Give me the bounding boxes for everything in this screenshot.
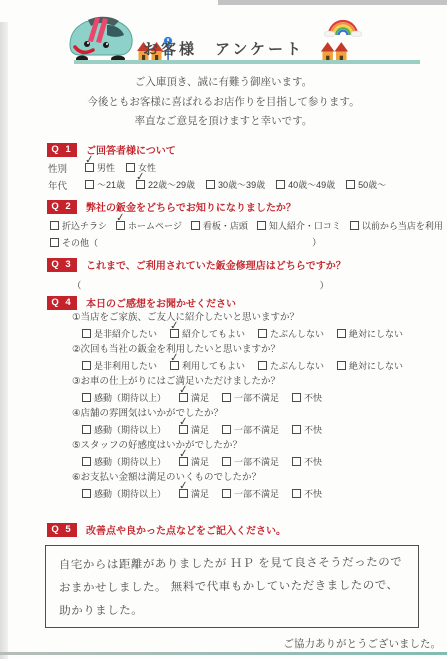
checkbox-icon[interactable] — [191, 221, 200, 230]
handwriting-line: 自宅からは距離がありましたが ＨＰ を見て良さそうだったので — [59, 551, 412, 577]
intro-line: 今後ともお客様に喜ばれるお店作りを目指して参ります。 — [0, 93, 447, 113]
q3-answer-row: （ ） — [72, 278, 447, 292]
checkbox-icon[interactable] — [126, 163, 135, 172]
q4-title: 本日のご感想をお聞かせください — [86, 295, 236, 310]
checkbox-icon[interactable] — [292, 425, 301, 434]
checkbox-option[interactable]: 不快 — [292, 423, 322, 436]
page-title: お客様 アンケート — [0, 38, 447, 59]
question-1: Q 1 ご回答者様について 性別 ✓男性女性 年代 ～21歳✓22歳～29歳30… — [0, 142, 447, 191]
checked-checkbox-icon[interactable]: ✓ — [179, 457, 188, 466]
q5-title: 改善点や良かった点などをご記入ください。 — [86, 522, 286, 537]
checkbox-option[interactable]: 感動（期待以上） — [82, 455, 166, 468]
checkbox-icon[interactable] — [222, 425, 231, 434]
option-label: 感動（期待以上） — [94, 391, 166, 404]
question-2: Q 2 弊社の鈑金をどちらでお知りになりましたか？ 折込チラシ✓ホームページ看板… — [0, 199, 447, 248]
option-label: 一部不満足 — [234, 423, 279, 436]
option-label: 不快 — [304, 455, 322, 468]
checked-checkbox-icon[interactable]: ✓ — [116, 221, 125, 230]
checkbox-icon[interactable] — [82, 425, 91, 434]
intro-line: 率直なご意見を頂けますと幸いです。 — [0, 112, 447, 132]
checkbox-option[interactable]: たぶんしない — [258, 359, 324, 372]
checkbox-option[interactable]: ✓ホームページ — [116, 219, 182, 232]
checkbox-option[interactable]: 40歳～49歳 — [276, 178, 335, 191]
question-5: Q 5 改善点や良かった点などをご記入ください。 自宅からは距離がありましたが … — [0, 522, 447, 628]
checkbox-icon[interactable] — [350, 221, 359, 230]
checkbox-option[interactable]: 30歳～39歳 — [206, 178, 265, 191]
check-mark-icon: ✓ — [84, 154, 95, 166]
checkbox-option[interactable]: 知人紹介・口コミ — [257, 219, 341, 232]
checkbox-icon[interactable] — [85, 180, 94, 189]
checkbox-option[interactable]: ✓22歳～29歳 — [136, 178, 195, 191]
checkbox-icon[interactable] — [82, 329, 91, 338]
checkbox-option[interactable]: 絶対にしない — [337, 359, 403, 372]
option-label: 不快 — [304, 391, 322, 404]
checkbox-icon[interactable] — [82, 393, 91, 402]
checkbox-icon[interactable] — [276, 180, 285, 189]
checked-checkbox-icon[interactable]: ✓ — [85, 163, 94, 172]
checkbox-option[interactable]: 看板・店頭 — [191, 219, 248, 232]
checkbox-icon[interactable] — [50, 238, 59, 247]
q4-item-label: ①当店をご家族、ご友人に紹介したいと思いますか？ — [72, 310, 447, 326]
checkbox-option[interactable]: 絶対にしない — [337, 327, 403, 340]
checkbox-icon[interactable] — [206, 180, 215, 189]
check-mark-icon: ✓ — [169, 352, 180, 364]
option-label: 満足 — [191, 423, 209, 436]
bottom-divider — [0, 652, 447, 655]
q2-badge: Q 2 — [47, 200, 77, 214]
option-label: 不快 — [304, 423, 322, 436]
scan-artifact-top — [218, 0, 447, 5]
checkbox-icon[interactable] — [346, 180, 355, 189]
checkbox-icon[interactable] — [337, 329, 346, 338]
option-label: 50歳～ — [358, 178, 386, 191]
option-label: 40歳～49歳 — [288, 178, 335, 191]
checked-checkbox-icon[interactable]: ✓ — [136, 180, 145, 189]
option-label: 絶対にしない — [349, 327, 403, 340]
checkbox-icon[interactable] — [337, 361, 346, 370]
checkbox-icon[interactable] — [258, 329, 267, 338]
checkbox-option[interactable]: 是非紹介したい — [82, 327, 157, 340]
road-divider — [74, 60, 420, 64]
q4-item-6: ⑥お支払い金額は満足のいくものでしたか？ 感動（期待以上）✓満足一部不満足不快 — [72, 470, 447, 502]
check-mark-icon: ✓ — [178, 448, 189, 460]
checkbox-icon[interactable] — [222, 489, 231, 498]
rainbow-icon — [324, 14, 362, 42]
checkbox-icon[interactable] — [292, 393, 301, 402]
option-label: 不快 — [304, 487, 322, 500]
checkbox-icon[interactable] — [258, 361, 267, 370]
option-label: 感動（期待以上） — [94, 455, 166, 468]
option-label: 30歳～39歳 — [218, 178, 265, 191]
q4-item-label: ④店舗の雰囲気はいかがでしたか？ — [72, 406, 447, 422]
gender-label: 性別 — [48, 161, 85, 175]
option-label: 以前から当店を利用 — [362, 219, 443, 232]
checkbox-option[interactable]: 不快 — [292, 391, 322, 404]
question-4: Q 4 本日のご感想をお聞かせください ①当店をご家族、ご友人に紹介したいと思い… — [0, 295, 447, 502]
q3-badge: Q 3 — [47, 258, 77, 272]
checkbox-option[interactable]: 不快 — [292, 455, 322, 468]
q4-badge: Q 4 — [47, 296, 77, 310]
checkbox-option[interactable]: 一部不満足 — [222, 391, 279, 404]
option-label: 感動（期待以上） — [94, 487, 166, 500]
check-mark-icon: ✓ — [178, 416, 189, 428]
option-label: 一部不満足 — [234, 455, 279, 468]
option-label: 是非利用したい — [94, 359, 157, 372]
option-label: 折込チラシ — [62, 219, 107, 232]
paren-open: （ — [72, 278, 82, 292]
checkbox-option[interactable]: 感動（期待以上） — [82, 423, 166, 436]
option-label: 満足 — [191, 487, 209, 500]
checkbox-option[interactable]: 一部不満足 — [222, 487, 279, 500]
comment-write-box[interactable]: 自宅からは距離がありましたが ＨＰ を見て良さそうだったので おまかせしました。… — [45, 545, 419, 628]
checkbox-option[interactable]: 是非利用したい — [82, 359, 157, 372]
q4-item-3: ③お車の仕上がりにはご満足いただけましたか？ 感動（期待以上）✓満足一部不満足不… — [72, 374, 447, 406]
checkbox-icon[interactable] — [82, 361, 91, 370]
checkbox-icon[interactable] — [222, 393, 231, 402]
q4-item-1: ①当店をご家族、ご友人に紹介したいと思いますか？ 是非紹介したい✓紹介してもよい… — [72, 310, 447, 342]
checkbox-option[interactable]: たぶんしない — [258, 327, 324, 340]
handwriting-line: 助かりました。 — [59, 597, 412, 623]
age-row: 年代 ～21歳✓22歳～29歳30歳～39歳40歳～49歳50歳～ — [48, 179, 447, 191]
q4-item-5: ⑤スタッフの好感度はいかがでしたか？ 感動（期待以上）✓満足一部不満足不快 — [72, 438, 447, 470]
checkbox-option[interactable]: ✓満足 — [179, 423, 209, 436]
check-mark-icon: ✓ — [169, 320, 180, 332]
check-mark-icon: ✓ — [135, 171, 146, 183]
option-label: 知人紹介・口コミ — [269, 219, 341, 232]
option-label: 一部不満足 — [234, 487, 279, 500]
option-label: ～21歳 — [97, 178, 125, 191]
intro-text: ご入庫頂き、誠に有難う御座います。 今後ともお客様に喜ばれるお店作りを目指して参… — [0, 73, 447, 132]
checkbox-icon[interactable] — [222, 457, 231, 466]
checked-checkbox-icon[interactable]: ✓ — [170, 329, 179, 338]
checkbox-icon[interactable] — [82, 489, 91, 498]
q3-title: これまで、ご利用されていた鈑金修理店はどちらですか？ — [86, 257, 346, 272]
q1-badge: Q 1 — [47, 143, 77, 157]
q5-badge: Q 5 — [47, 523, 77, 537]
checkbox-icon[interactable] — [257, 221, 266, 230]
option-label: 紹介してもよい — [182, 327, 245, 340]
q4-item-label: ⑥お支払い金額は満足のいくものでしたか？ — [72, 470, 447, 486]
paren-close: ） — [312, 235, 322, 249]
checkbox-option[interactable]: 不快 — [292, 487, 322, 500]
customer-survey-scan: お客様 アンケート ご入庫頂き、誠に有難う御座います。 今後ともお客様に喜ばれる… — [0, 0, 447, 659]
q4-item-2: ②次回も当社の鈑金を利用したいと思いますか？ 是非利用したい✓利用してもよいたぶ… — [72, 342, 447, 374]
checkbox-option[interactable]: ✓男性 — [85, 161, 115, 174]
option-label: 男性 — [97, 161, 115, 174]
checkbox-option[interactable]: ✓満足 — [179, 391, 209, 404]
checked-checkbox-icon[interactable]: ✓ — [179, 393, 188, 402]
checkbox-option[interactable]: 一部不満足 — [222, 455, 279, 468]
checkbox-option[interactable]: ✓紹介してもよい — [170, 327, 245, 340]
option-label: たぶんしない — [270, 359, 324, 372]
checkbox-option[interactable]: ✓満足 — [179, 455, 209, 468]
option-label: 22歳～29歳 — [148, 178, 195, 191]
checkbox-icon[interactable] — [50, 221, 59, 230]
other-option-row: その他（ ） — [50, 236, 447, 248]
q4-item-label: ⑤スタッフの好感度はいかがでしたか？ — [72, 438, 447, 454]
option-label: 絶対にしない — [349, 359, 403, 372]
checkbox-option[interactable]: 折込チラシ — [50, 219, 107, 232]
option-label: 利用してもよい — [182, 359, 245, 372]
q4-item-4: ④店舗の雰囲気はいかがでしたか？ 感動（期待以上）✓満足一部不満足不快 — [72, 406, 447, 438]
checkbox-icon[interactable] — [292, 489, 301, 498]
age-label: 年代 — [48, 178, 85, 192]
checkbox-option[interactable]: 50歳～ — [346, 178, 386, 191]
check-mark-icon: ✓ — [178, 384, 189, 396]
option-label: ホームページ — [128, 219, 182, 232]
option-label: その他（ — [62, 236, 98, 249]
handwriting-line: おまかせしました。 無料で代車もかしていただきましたので、 — [59, 574, 412, 600]
checkbox-option[interactable]: 一部不満足 — [222, 423, 279, 436]
checkbox-option[interactable]: ✓満足 — [179, 487, 209, 500]
checked-checkbox-icon[interactable]: ✓ — [179, 489, 188, 498]
check-mark-icon: ✓ — [178, 480, 189, 492]
checkbox-option[interactable]: ～21歳 — [85, 178, 125, 191]
option-label: 満足 — [191, 391, 209, 404]
checkbox-option[interactable]: 以前から当店を利用 — [350, 219, 443, 232]
option-label: 感動（期待以上） — [94, 423, 166, 436]
checkbox-option[interactable]: 感動（期待以上） — [82, 391, 166, 404]
option-label: たぶんしない — [270, 327, 324, 340]
option-label: 看板・店頭 — [203, 219, 248, 232]
option-label: 一部不満足 — [234, 391, 279, 404]
paren-close: ） — [320, 278, 330, 292]
checked-checkbox-icon[interactable]: ✓ — [179, 425, 188, 434]
checkbox-icon[interactable] — [82, 457, 91, 466]
option-label: 是非紹介したい — [94, 327, 157, 340]
checked-checkbox-icon[interactable]: ✓ — [170, 361, 179, 370]
option-label: 満足 — [191, 455, 209, 468]
gender-row: 性別 ✓男性女性 — [48, 162, 447, 174]
checkbox-option[interactable]: ✓利用してもよい — [170, 359, 245, 372]
q1-title: ご回答者様について — [86, 142, 176, 157]
q4-item-label: ③お車の仕上がりにはご満足いただけましたか？ — [72, 374, 447, 390]
checkbox-option[interactable]: 感動（期待以上） — [82, 487, 166, 500]
q4-item-label: ②次回も当社の鈑金を利用したいと思いますか？ — [72, 342, 447, 358]
thanks-message: ご協力ありがとうございました。 — [284, 636, 442, 651]
question-3: Q 3 これまで、ご利用されていた鈑金修理店はどちらですか？ （ ） — [0, 257, 447, 292]
check-mark-icon: ✓ — [115, 212, 126, 224]
handwritten-comment: 自宅からは距離がありましたが ＨＰ を見て良さそうだったので おまかせしました。… — [46, 544, 419, 623]
intro-line: ご入庫頂き、誠に有難う御座います。 — [0, 73, 447, 93]
checkbox-option-other[interactable]: その他（ — [50, 236, 98, 249]
checkbox-icon[interactable] — [292, 457, 301, 466]
q3-write-in-area[interactable] — [82, 278, 320, 292]
